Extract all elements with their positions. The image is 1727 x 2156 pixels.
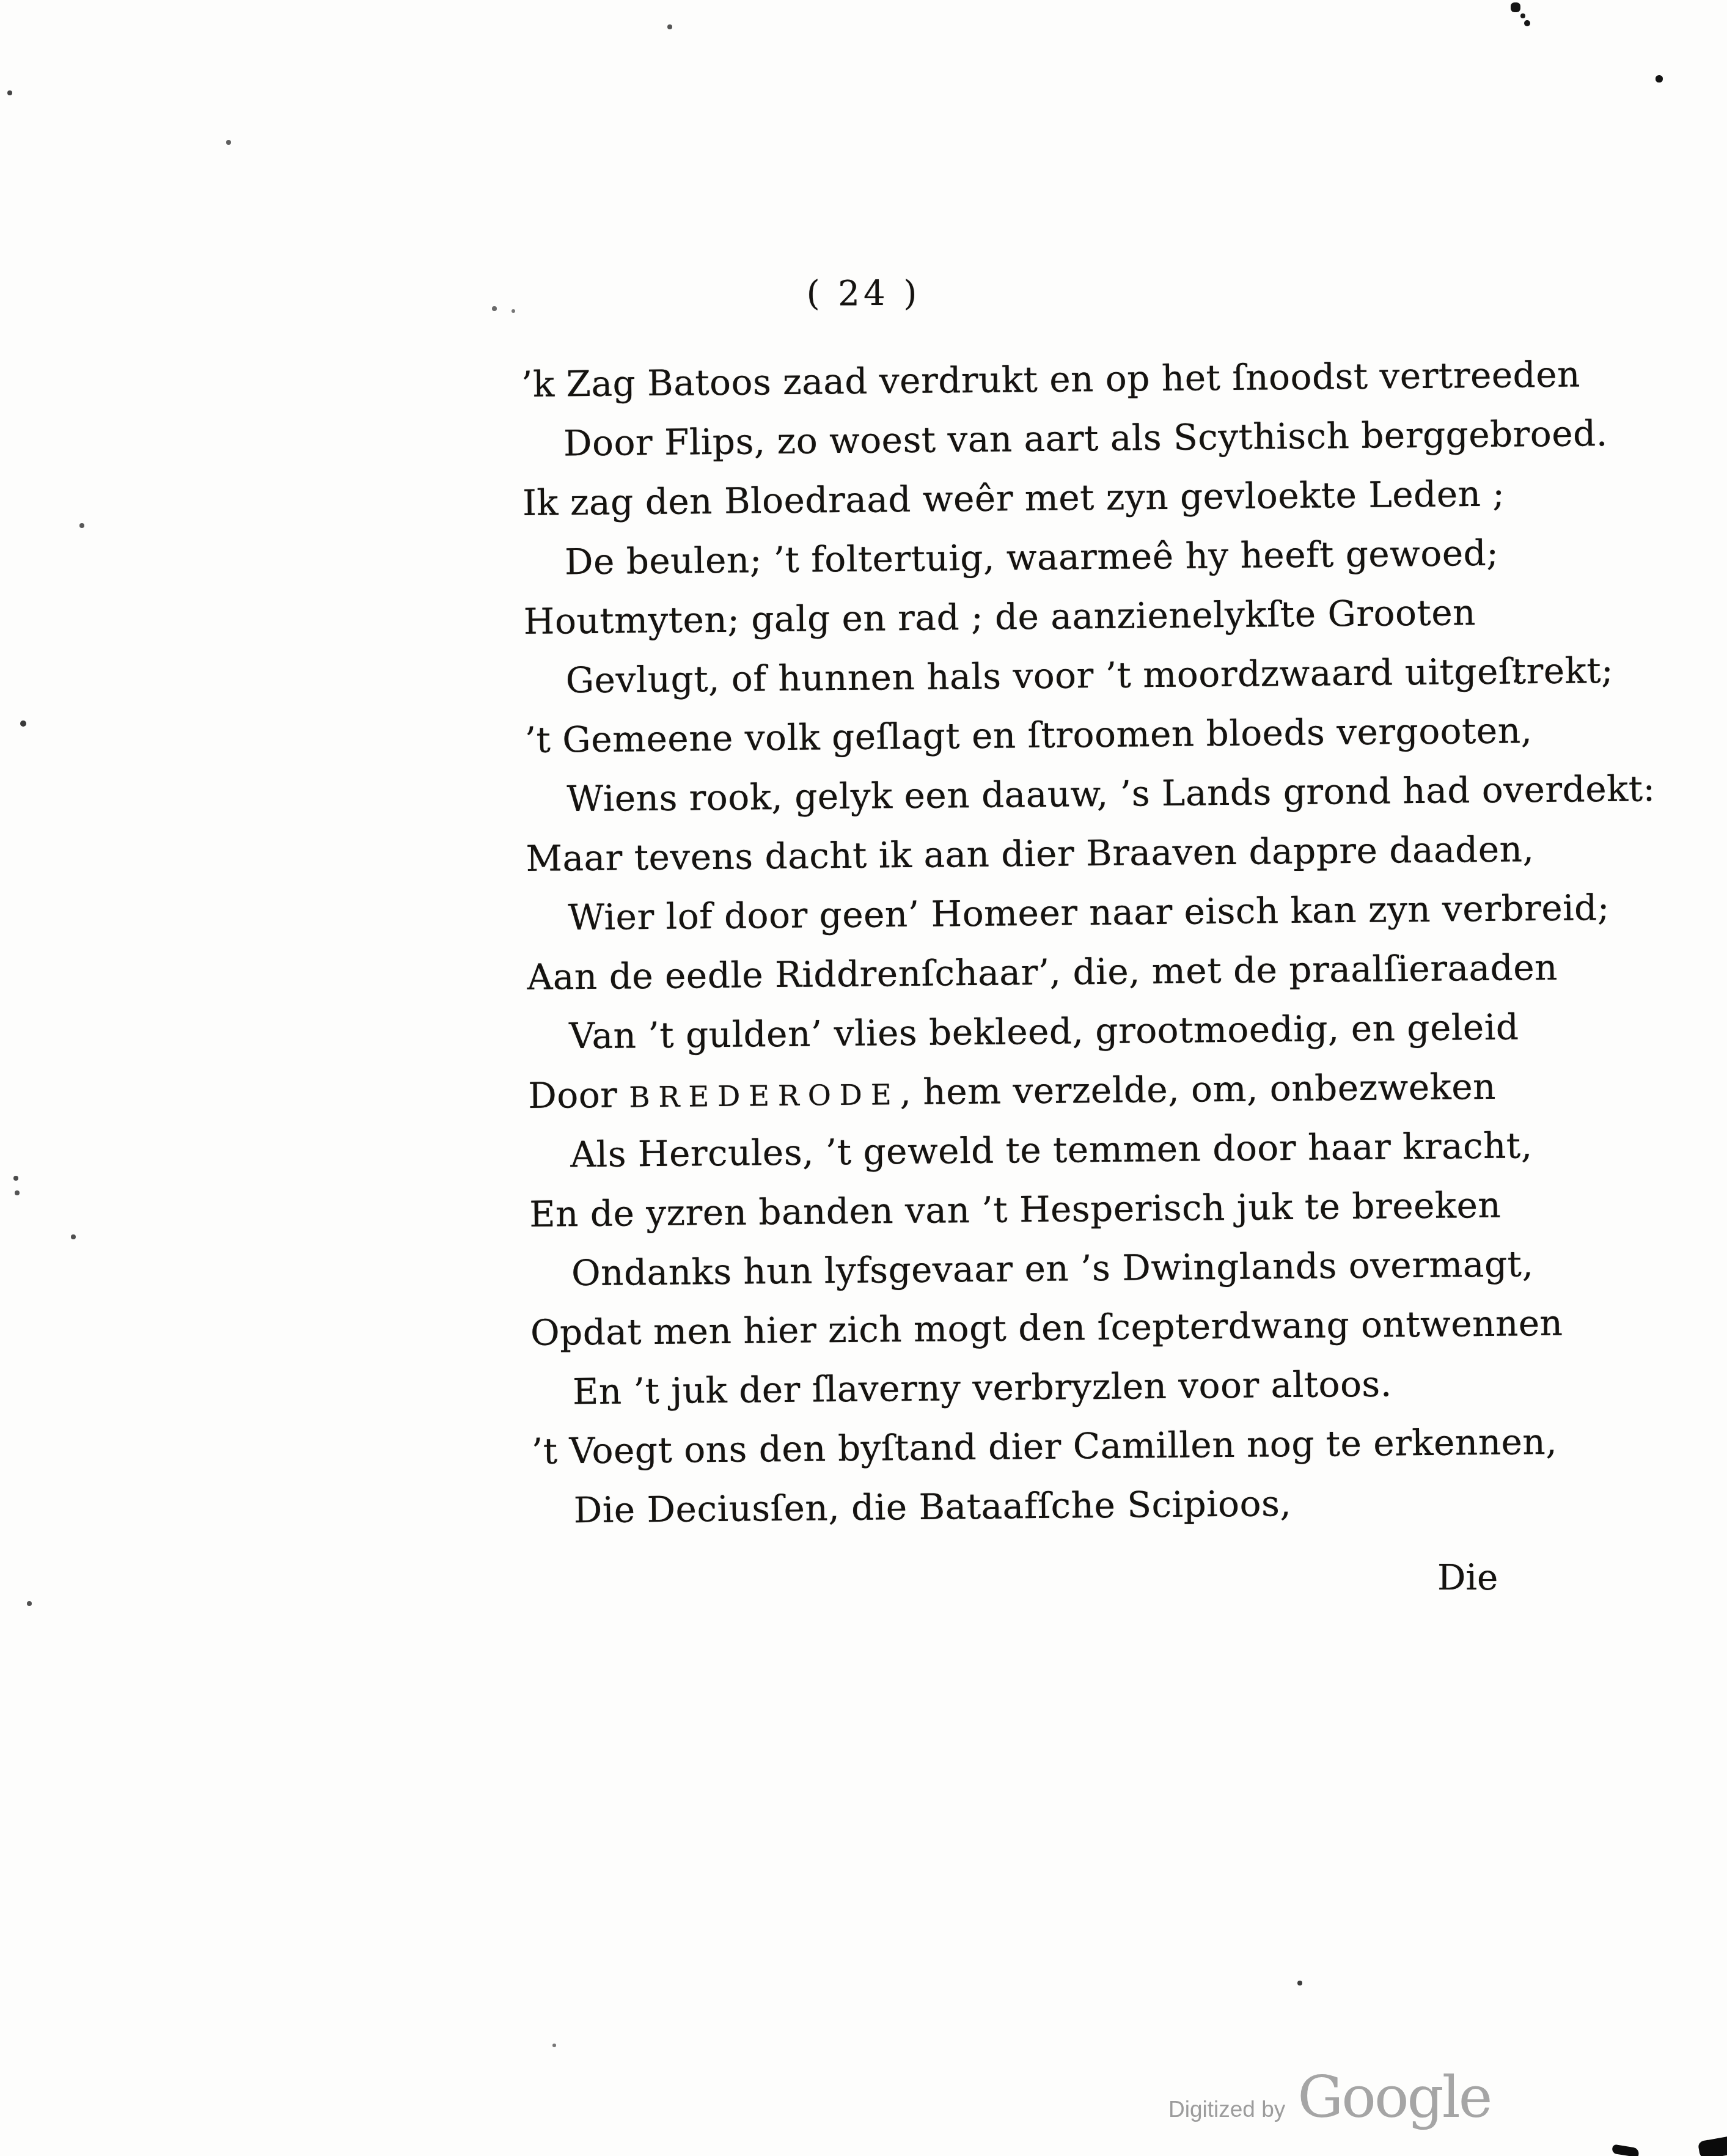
google-logo: Google	[1297, 2064, 1491, 2131]
catchword: Die	[1437, 1557, 1498, 1598]
poem-line: Die Deciusſen, die Bataafſche Scipioos,	[532, 1472, 1535, 1541]
scanned-book-page: ( 24 ) ’k Zag Batoos zaad verdrukt en op…	[0, 0, 1727, 2156]
poem-line: ’k Zag Batoos zaad verdrukt en op het ſn…	[521, 345, 1524, 414]
poem-line-brederode: Door Brederode, hem verzelde, om, onbezw…	[528, 1057, 1531, 1126]
poem-line: Ondanks hun lyfsgevaar en ’s Dwinglands …	[530, 1234, 1533, 1303]
poem-line: Wiens rook, gelyk een daauw, ’s Lands gr…	[525, 760, 1528, 829]
brederode-name: Brederode	[629, 1078, 900, 1113]
scan-speck-noise	[0, 0, 2, 2]
poem-line: De beulen; ’t foltertuig, waarmeê hy hee…	[522, 523, 1525, 592]
poem-line: Opdat men hier zich mogt den ſcepterdwan…	[530, 1294, 1533, 1363]
poem-line: En de yzren banden van ’t Hesperisch juk…	[529, 1175, 1532, 1244]
poem-line: ’t Voegt ons den byſtand dier Camillen n…	[531, 1412, 1534, 1481]
poem-line: Door Flips, zo woest van aart als Scythi…	[522, 405, 1525, 474]
poem-line: ’t Gemeene volk geſlagt en ſtroomen bloe…	[524, 701, 1527, 770]
poem-line: Als Hercules, ’t geweld te temmen door h…	[529, 1116, 1531, 1185]
poem-line-pre: Door	[528, 1074, 629, 1116]
poem-line: Ik zag den Bloedraad weêr met zyn gevloe…	[522, 464, 1525, 533]
poem-line: Van ’t gulden’ vlies bekleed, grootmoedi…	[527, 997, 1530, 1066]
page-number-header: ( 24 )	[0, 274, 1727, 313]
poem-line-post: , hem verzelde, om, onbezweken	[900, 1066, 1496, 1113]
poem-line: Maar tevens dacht ik aan dier Braaven da…	[526, 820, 1528, 889]
poem-line: Wier lof door geen’ Homeer naar eisch ka…	[526, 879, 1529, 948]
poem-line: En ’t juk der ſlaverny verbryzlen voor a…	[531, 1353, 1534, 1422]
scan-edge-smudge	[1612, 2144, 1640, 2156]
poem-line: Houtmyten; galg en rad ; de aanzienelykſ…	[523, 582, 1526, 651]
digitized-by-google-watermark: Digitized by Google	[1168, 2064, 1491, 2131]
poem-line: Gevlugt, of hunnen hals voor ’t moordzwa…	[524, 642, 1527, 711]
scan-corner-smudge	[1698, 2136, 1727, 2156]
poem-line: Aan de eedle Riddrenſchaar’, die, met de…	[527, 938, 1530, 1007]
poem-text-block: ’k Zag Batoos zaad verdrukt en op het ſn…	[521, 345, 1535, 1541]
watermark-prefix: Digitized by	[1168, 2097, 1285, 2122]
